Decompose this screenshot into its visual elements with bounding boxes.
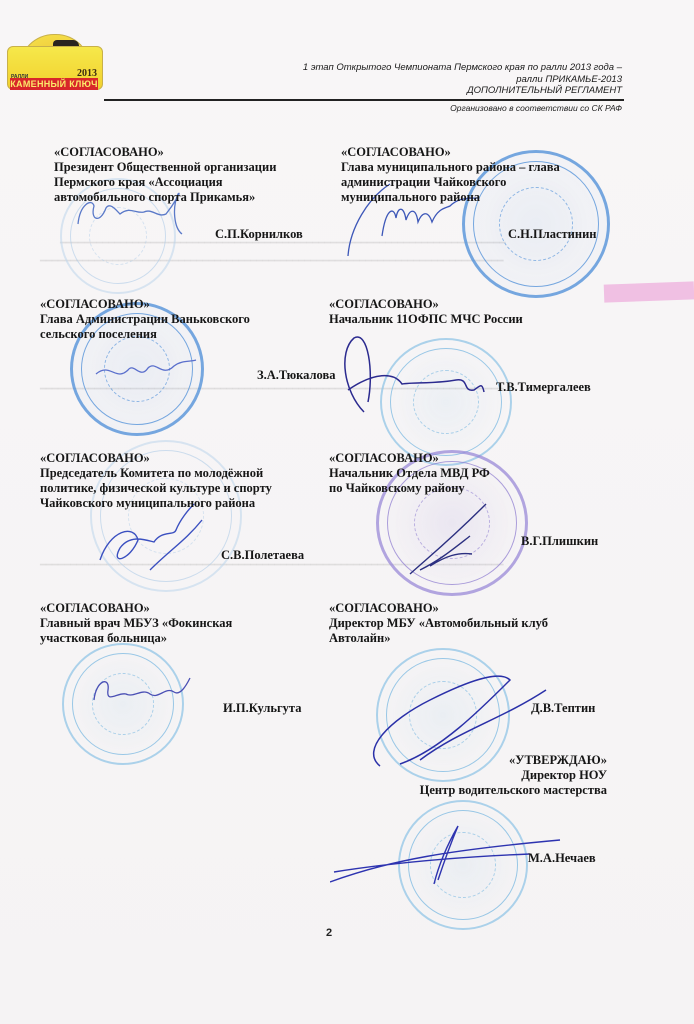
stamp-mchs bbox=[380, 338, 512, 466]
logo-title: КАМЕННЫЙ КЛЮЧ bbox=[10, 78, 98, 90]
approval-block-mvd: «СОГЛАСОВАНО» Начальник Отдела МВД РФ по… bbox=[329, 451, 490, 496]
approval-role: Президент Общественной организации Пермс… bbox=[54, 160, 276, 205]
header-divider bbox=[104, 99, 624, 101]
approval-role: Начальник 11ОФПС МЧС России bbox=[329, 312, 523, 327]
header-line-2: ралли ПРИКАМЬЕ-2013 bbox=[202, 74, 622, 86]
approval-status: «СОГЛАСОВАНО» bbox=[341, 145, 560, 160]
document-header: 1 этап Открытого Чемпионата Пермского кр… bbox=[202, 62, 622, 97]
signature-kulguta bbox=[86, 670, 196, 710]
approval-role: Начальник Отдела МВД РФ по Чайковскому р… bbox=[329, 466, 490, 496]
signer-name: И.П.Кульгута bbox=[223, 701, 301, 716]
stamp-hospital bbox=[62, 643, 184, 765]
signer-name: С.В.Полетаева bbox=[221, 548, 304, 563]
approval-role: Главный врач МБУЗ «Фокинская участковая … bbox=[40, 616, 232, 646]
signer-name: Т.В.Тимергалеев bbox=[496, 380, 591, 395]
approval-block-avtolain: «СОГЛАСОВАНО» Директор МБУ «Автомобильны… bbox=[329, 601, 548, 646]
approval-block-mchs: «СОГЛАСОВАНО» Начальник 11ОФПС МЧС Росси… bbox=[329, 297, 523, 327]
header-line-1: 1 этап Открытого Чемпионата Пермского кр… bbox=[202, 62, 622, 74]
signer-name: З.А.Тюкалова bbox=[257, 368, 335, 383]
approval-status: «СОГЛАСОВАНО» bbox=[40, 297, 250, 312]
document-page: ━━━━━━━━━━━━━━━━━━━━━━━━━━━━━━━━━━━━━━━━… bbox=[0, 0, 694, 1024]
approved-role: Директор НОУ Центр водительского мастерс… bbox=[420, 768, 607, 798]
bleed-through-text: ━━━━━━━━━━━━━━━━━━━━━━━━━━━━━━━━━━━━━━━━… bbox=[40, 256, 504, 267]
signer-name: В.Г.Плишкин bbox=[521, 534, 598, 549]
approval-block-vankovskoe: «СОГЛАСОВАНО» Глава Администрации Ванько… bbox=[40, 297, 250, 342]
header-line-3: ДОПОЛНИТЕЛЬНЫЙ РЕГЛАМЕНТ bbox=[202, 85, 622, 97]
approval-status: «СОГЛАСОВАНО» bbox=[329, 601, 548, 616]
approved-status: «УТВЕРЖДАЮ» bbox=[420, 753, 607, 768]
approved-block-driving-center: «УТВЕРЖДАЮ» Директор НОУ Центр водительс… bbox=[420, 753, 607, 798]
approval-block-hospital: «СОГЛАСОВАНО» Главный врач МБУЗ «Фокинск… bbox=[40, 601, 232, 646]
approval-block-district-head: «СОГЛАСОВАНО» Глава муниципального район… bbox=[341, 145, 560, 205]
approval-status: «СОГЛАСОВАНО» bbox=[40, 451, 272, 466]
signer-name: С.Н.Пластинин bbox=[508, 227, 596, 242]
approval-status: «СОГЛАСОВАНО» bbox=[329, 451, 490, 466]
approval-block-youth-committee: «СОГЛАСОВАНО» Председатель Комитета по м… bbox=[40, 451, 272, 511]
approval-status: «СОГЛАСОВАНО» bbox=[54, 145, 276, 160]
rally-logo: РАЛЛИ 2013 КАМЕННЫЙ КЛЮЧ bbox=[7, 34, 103, 90]
approval-role: Директор МБУ «Автомобильный клуб Автолай… bbox=[329, 616, 548, 646]
approval-status: «СОГЛАСОВАНО» bbox=[329, 297, 523, 312]
signer-name: С.П.Корнилков bbox=[215, 227, 303, 242]
signature-timergaleev bbox=[334, 332, 504, 418]
highlighter-mark bbox=[604, 281, 694, 302]
approval-role: Глава муниципального района – глава адми… bbox=[341, 160, 560, 205]
page-number: 2 bbox=[326, 927, 332, 939]
approval-role: Глава Администрации Ваньковского сельско… bbox=[40, 312, 250, 342]
approval-role: Председатель Комитета по молодёжной поли… bbox=[40, 466, 272, 511]
signer-name: Д.В.Тептин bbox=[531, 701, 595, 716]
approval-block-association: «СОГЛАСОВАНО» Президент Общественной орг… bbox=[54, 145, 276, 205]
header-subtitle: Организовано в соответствии со СК РАФ bbox=[450, 103, 622, 113]
approval-status: «СОГЛАСОВАНО» bbox=[40, 601, 232, 616]
signer-name: М.А.Нечаев bbox=[528, 851, 596, 866]
stamp-driving-center bbox=[398, 800, 528, 930]
bleed-through-text: ━━━━━━━━━━━━━━━━━━━━━━━━━━━━━━━━━━━━━━━━… bbox=[40, 384, 504, 395]
